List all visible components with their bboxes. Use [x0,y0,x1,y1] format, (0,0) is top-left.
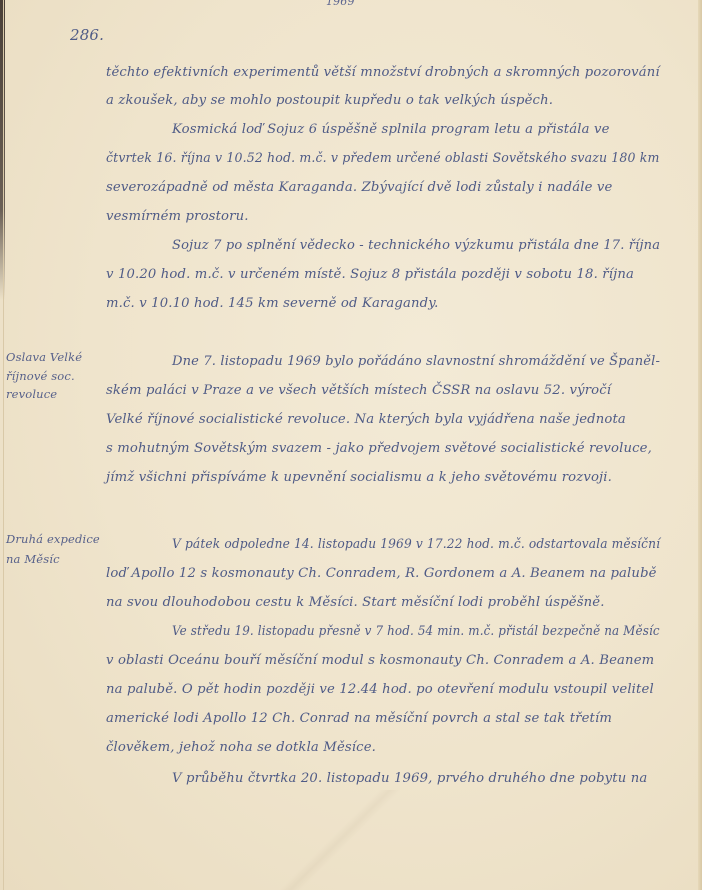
text-line: m.č. v 10.10 hod. 145 km severně od Kara… [106,297,438,310]
text-line: těchto efektivních experimentů větší mno… [106,66,660,79]
scanned-chronicle-page: 1969 286. Oslava Velké říjnové soc. revo… [0,0,702,890]
text-line: a zkoušek, aby se mohlo postoupit kupřed… [106,94,553,107]
year-header: 1969 [326,0,355,7]
text-line: ském paláci v Praze a ve všech větších m… [106,384,611,397]
text-line: na palubě. O pět hodin později ve 12.44 … [106,683,654,696]
text-line: Velké říjnové socialistické revoluce. Na… [106,413,626,426]
text-line: na svou dlouhodobou cestu k Měsíci. Star… [106,596,605,609]
text-line: severozápadně od města Karaganda. Zbývaj… [106,181,612,194]
text-line: V pátek odpoledne 14. listopadu 1969 v 1… [172,538,660,551]
text-line: čtvrtek 16. října v 10.52 hod. m.č. v př… [106,152,660,165]
text-line: člověkem, jehož noha se dotkla Měsíce. [106,741,376,754]
paper-crease [280,790,400,890]
text-line: americké lodi Apollo 12 Ch. Conrad na mě… [106,712,612,725]
right-page-edge [698,0,702,890]
text-line: Dne 7. listopadu 1969 bylo pořádáno slav… [172,355,660,368]
margin-note-line: říjnové soc. [6,371,75,383]
text-line: v oblasti Oceánu bouří měsíční modul s k… [106,654,654,667]
text-line: loď Apollo 12 s kosmonauty Ch. Conradem,… [106,567,657,580]
text-line: V průběhu čtvrtka 20. listopadu 1969, pr… [172,772,647,785]
text-line: v 10.20 hod. m.č. v určeném místě. Sojuz… [106,268,634,281]
page-number: 286. [70,28,104,43]
text-line: Sojuz 7 po splnění vědecko - technického… [172,239,660,252]
text-line: jímž všichni přispíváme k upevnění socia… [106,471,612,484]
text-line: Kosmická loď Sojuz 6 úspěšně splnila pro… [172,123,610,136]
margin-note-line: Oslava Velké [6,352,82,364]
text-line: s mohutným Sovětským svazem - jako předv… [106,442,652,455]
text-line: Ve středu 19. listopadu přesně v 7 hod. … [172,625,660,638]
margin-note-line: revoluce [6,389,57,401]
margin-note-line: Druhá expedice [6,534,100,546]
page-edge-line [3,0,4,890]
text-line: vesmírném prostoru. [106,210,249,223]
margin-note-line: na Měsíc [6,554,60,566]
